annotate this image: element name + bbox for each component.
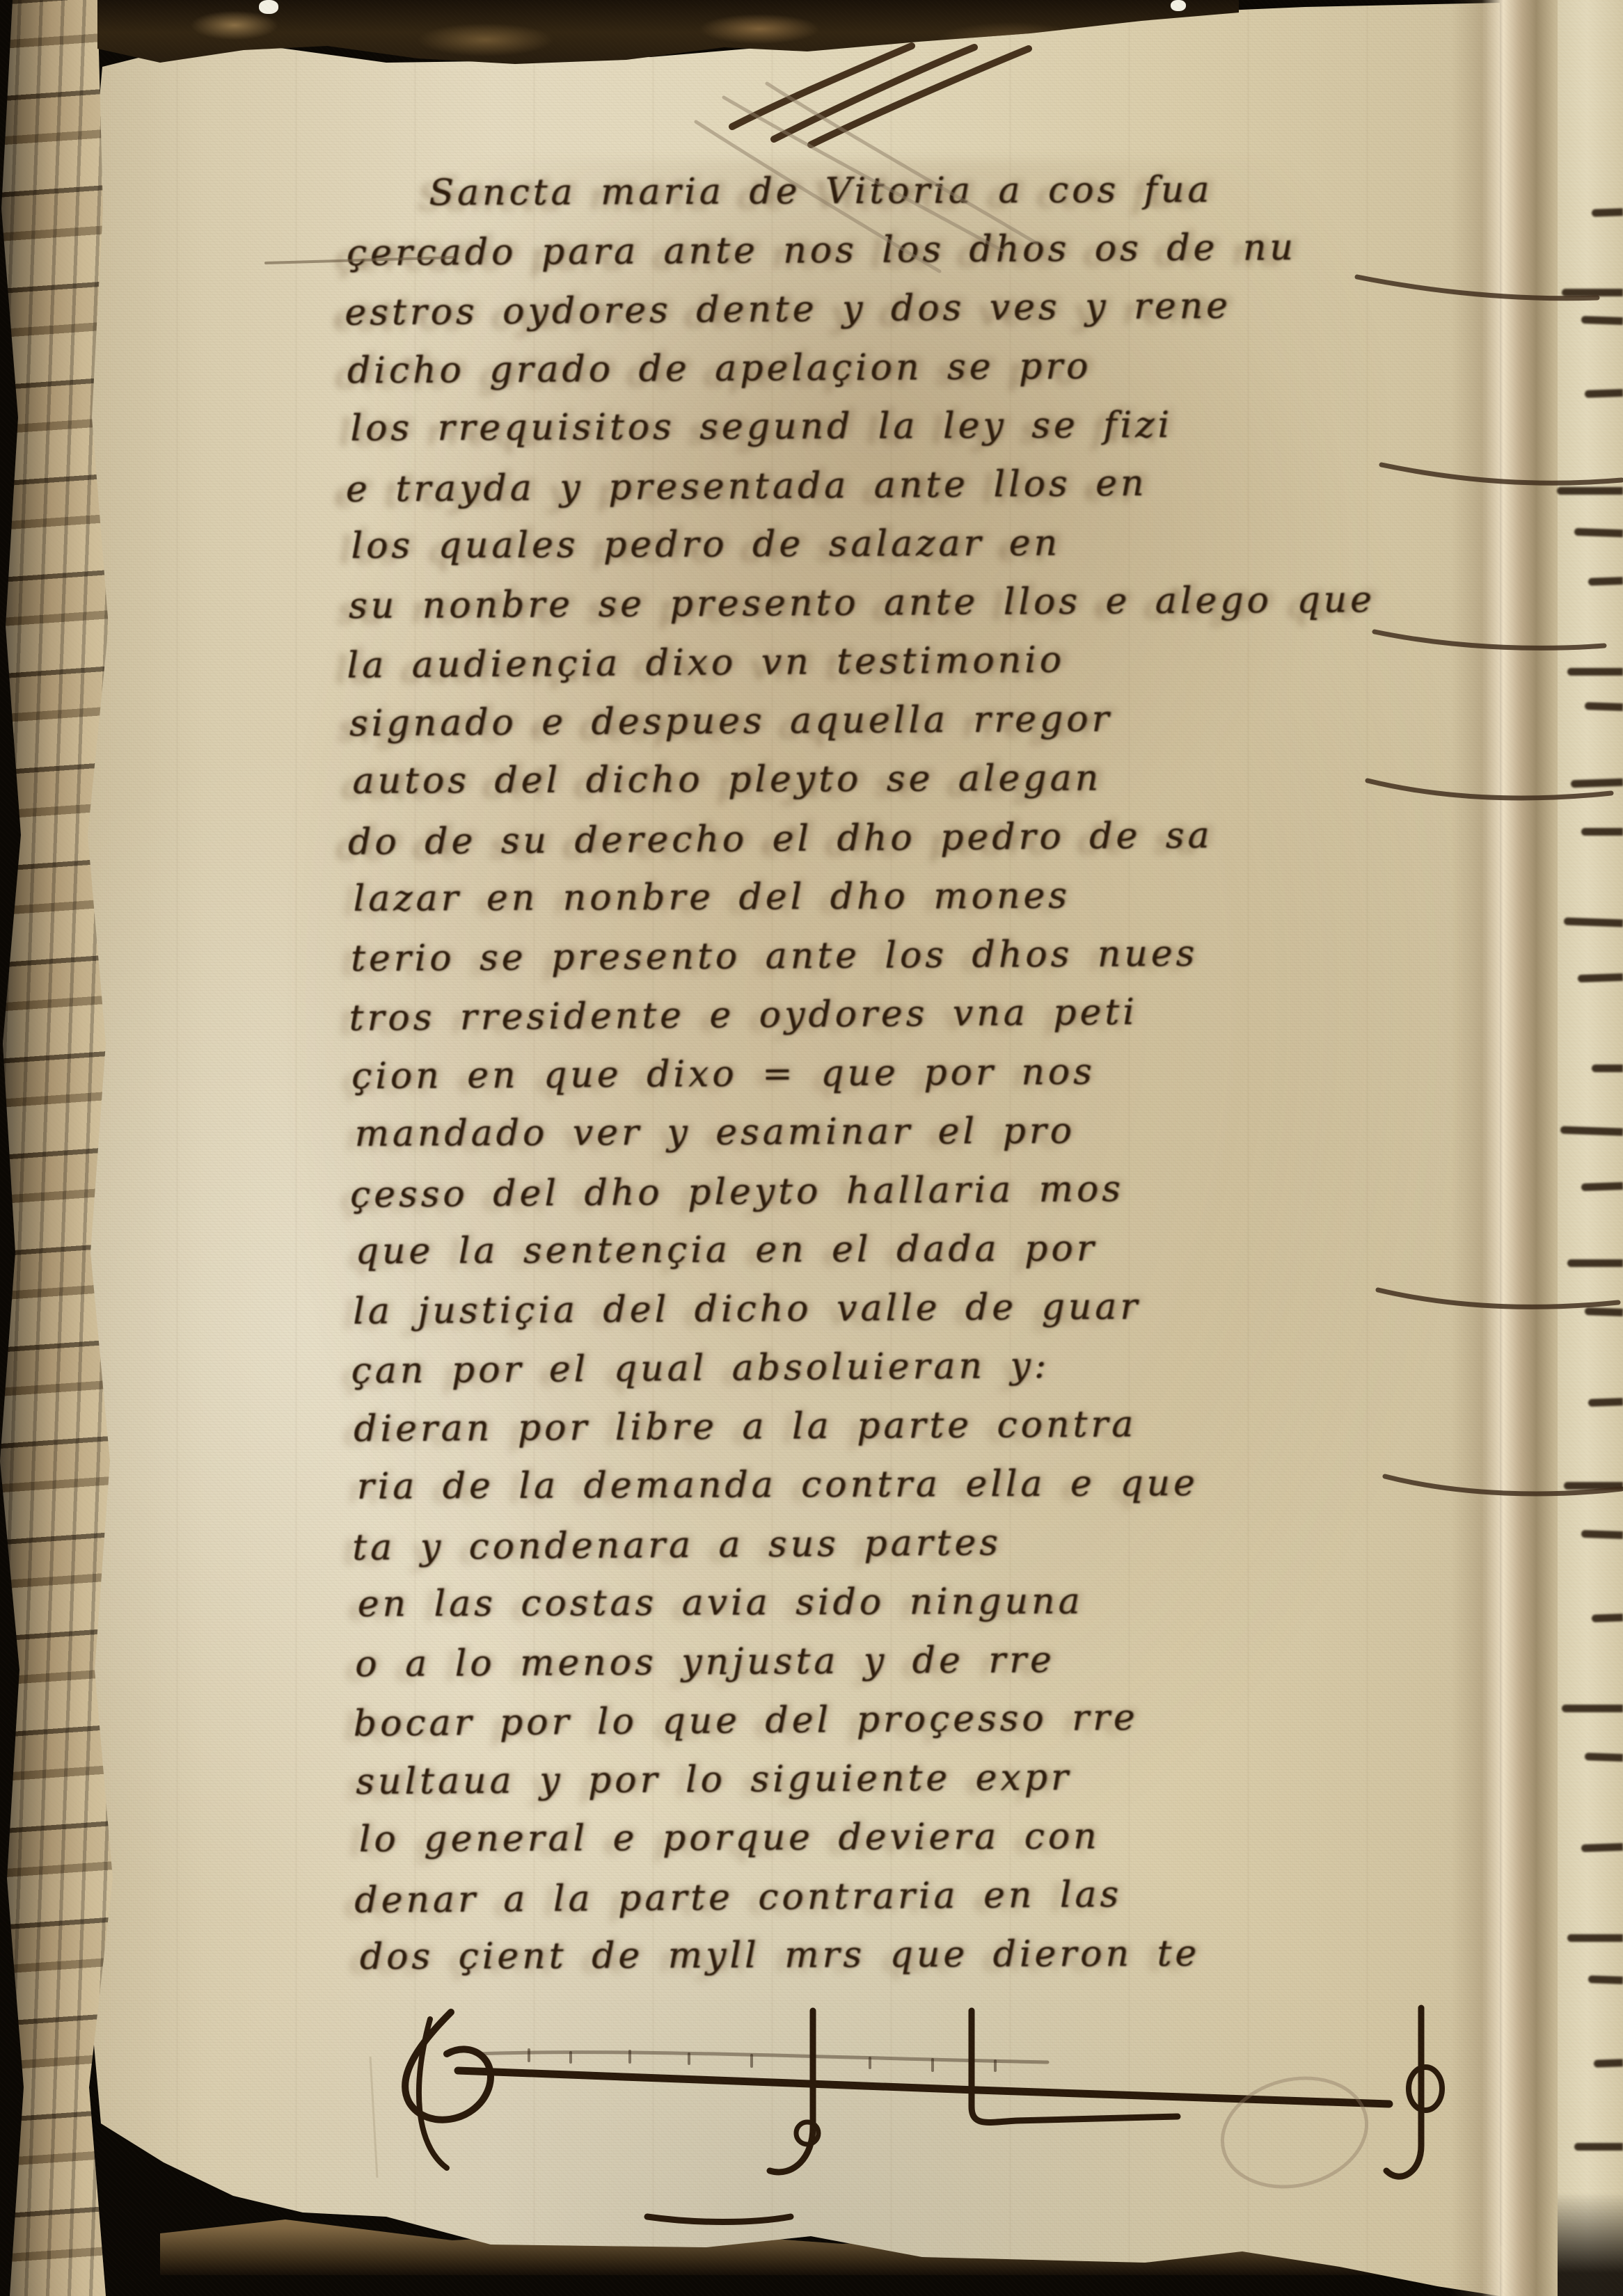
line-end-tails [1357,277,1622,1494]
page-crease-line [370,2057,377,2178]
faint-flourish-loop [1211,2064,1379,2201]
ghost-slash-marks [696,83,1037,271]
revision-slash-marks [732,46,1029,145]
notary-rubric-flourish [405,2008,1442,2222]
margin-guide-line [266,257,454,263]
ink-strokes-overlay [0,0,1623,2296]
paper-chip [1171,0,1186,11]
manuscript-photo: Sancta maria de Vitoria a cos fuaçercado… [0,0,1623,2296]
paper-chip [259,0,278,14]
